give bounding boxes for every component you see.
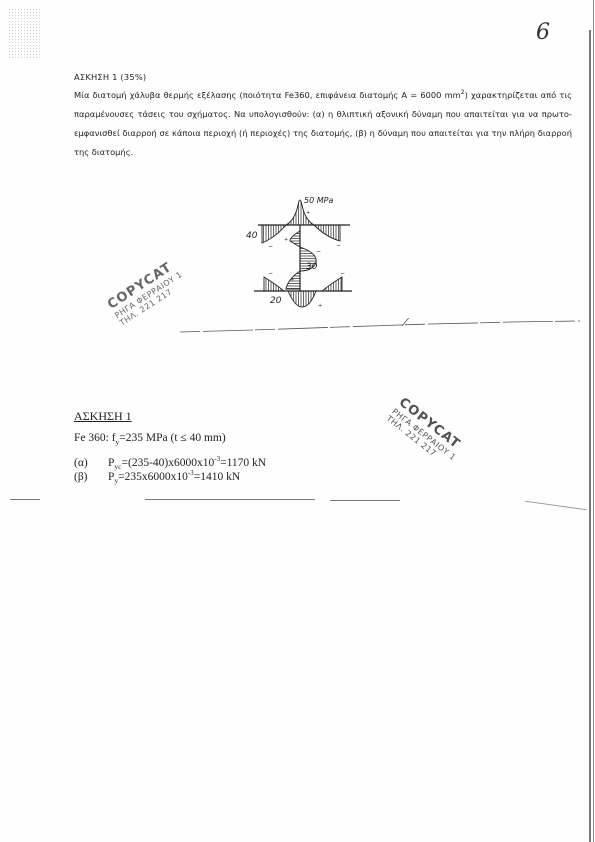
separator-line [10, 499, 40, 500]
item-result: =1170 kN [220, 457, 266, 469]
svg-text:+: + [306, 210, 310, 216]
item-label: (β) [74, 471, 108, 483]
solution-item-b: (β)Py=235x6000x10-3=1410 kN [74, 469, 240, 485]
label-50mpa: 50 MPa [304, 196, 333, 205]
solution-heading: ΑΣΚΗΣΗ 1 [74, 409, 132, 424]
label-30: 30 [306, 262, 318, 272]
material-spec: Fe 360: fy=235 MPa (t ≤ 40 mm) [74, 432, 226, 446]
svg-text:+: + [284, 237, 288, 243]
page-edge-line [593, 0, 594, 842]
separator-line [525, 501, 587, 511]
copycat-stamp-2: COPYCAT ΡΗΓΑ ΦΕΡΡΑΙΟΥ 1 ΤΗΛ. 221 217 [385, 395, 467, 469]
svg-text:+: + [290, 277, 294, 283]
svg-text:+: + [318, 303, 322, 309]
label-20: 20 [270, 296, 282, 306]
scanned-page: 6 ΑΣΚΗΣΗ 1 (35%) Μία διατομή χάλυβα θερμ… [0, 0, 595, 842]
item-expression: =(235-40)x6000x10 [122, 457, 215, 469]
svg-text:−: − [268, 243, 273, 250]
separator-line [145, 499, 315, 500]
residual-stress-figure: + − − + − − − + + 50 MPa 40 30 20 [240, 185, 360, 310]
page-edge-shadow [589, 30, 591, 842]
material-suffix: =235 MPa (t ≤ 40 mm) [119, 432, 225, 444]
label-40: 40 [246, 231, 258, 241]
copycat-stamp-1: COPYCAT ΡΗΓΑ ΦΕΡΡΑΙΟΥ 1 ΤΗΛ. 221 217 [105, 257, 189, 327]
material-prefix: Fe 360: f [74, 432, 116, 444]
problem-text-part1: Μία διατομή χάλυβα θερμής εξέλασης (ποιό… [74, 90, 461, 100]
svg-text:−: − [336, 242, 341, 249]
separator-line [330, 500, 400, 501]
item-result: =1410 kN [194, 471, 240, 483]
item-expression: =235x6000x10 [118, 471, 188, 483]
scan-noise [8, 8, 40, 58]
problem-heading: ΑΣΚΗΣΗ 1 (35%) [74, 72, 146, 82]
svg-text:−: − [268, 270, 273, 277]
problem-text-part2: ) χαρακτηρίζεται από τις παραμένουσες τά… [74, 90, 572, 157]
i-beam-stress-diagram: + − − + − − − + + 50 MPa 40 30 20 [240, 185, 360, 310]
page-number: 6 [536, 20, 550, 45]
item-label: (α) [74, 457, 108, 469]
svg-text:−: − [316, 248, 321, 255]
hand-drawn-line [180, 318, 595, 338]
svg-text:−: − [340, 270, 345, 277]
problem-statement: Μία διατομή χάλυβα θερμής εξέλασης (ποιό… [74, 86, 572, 162]
